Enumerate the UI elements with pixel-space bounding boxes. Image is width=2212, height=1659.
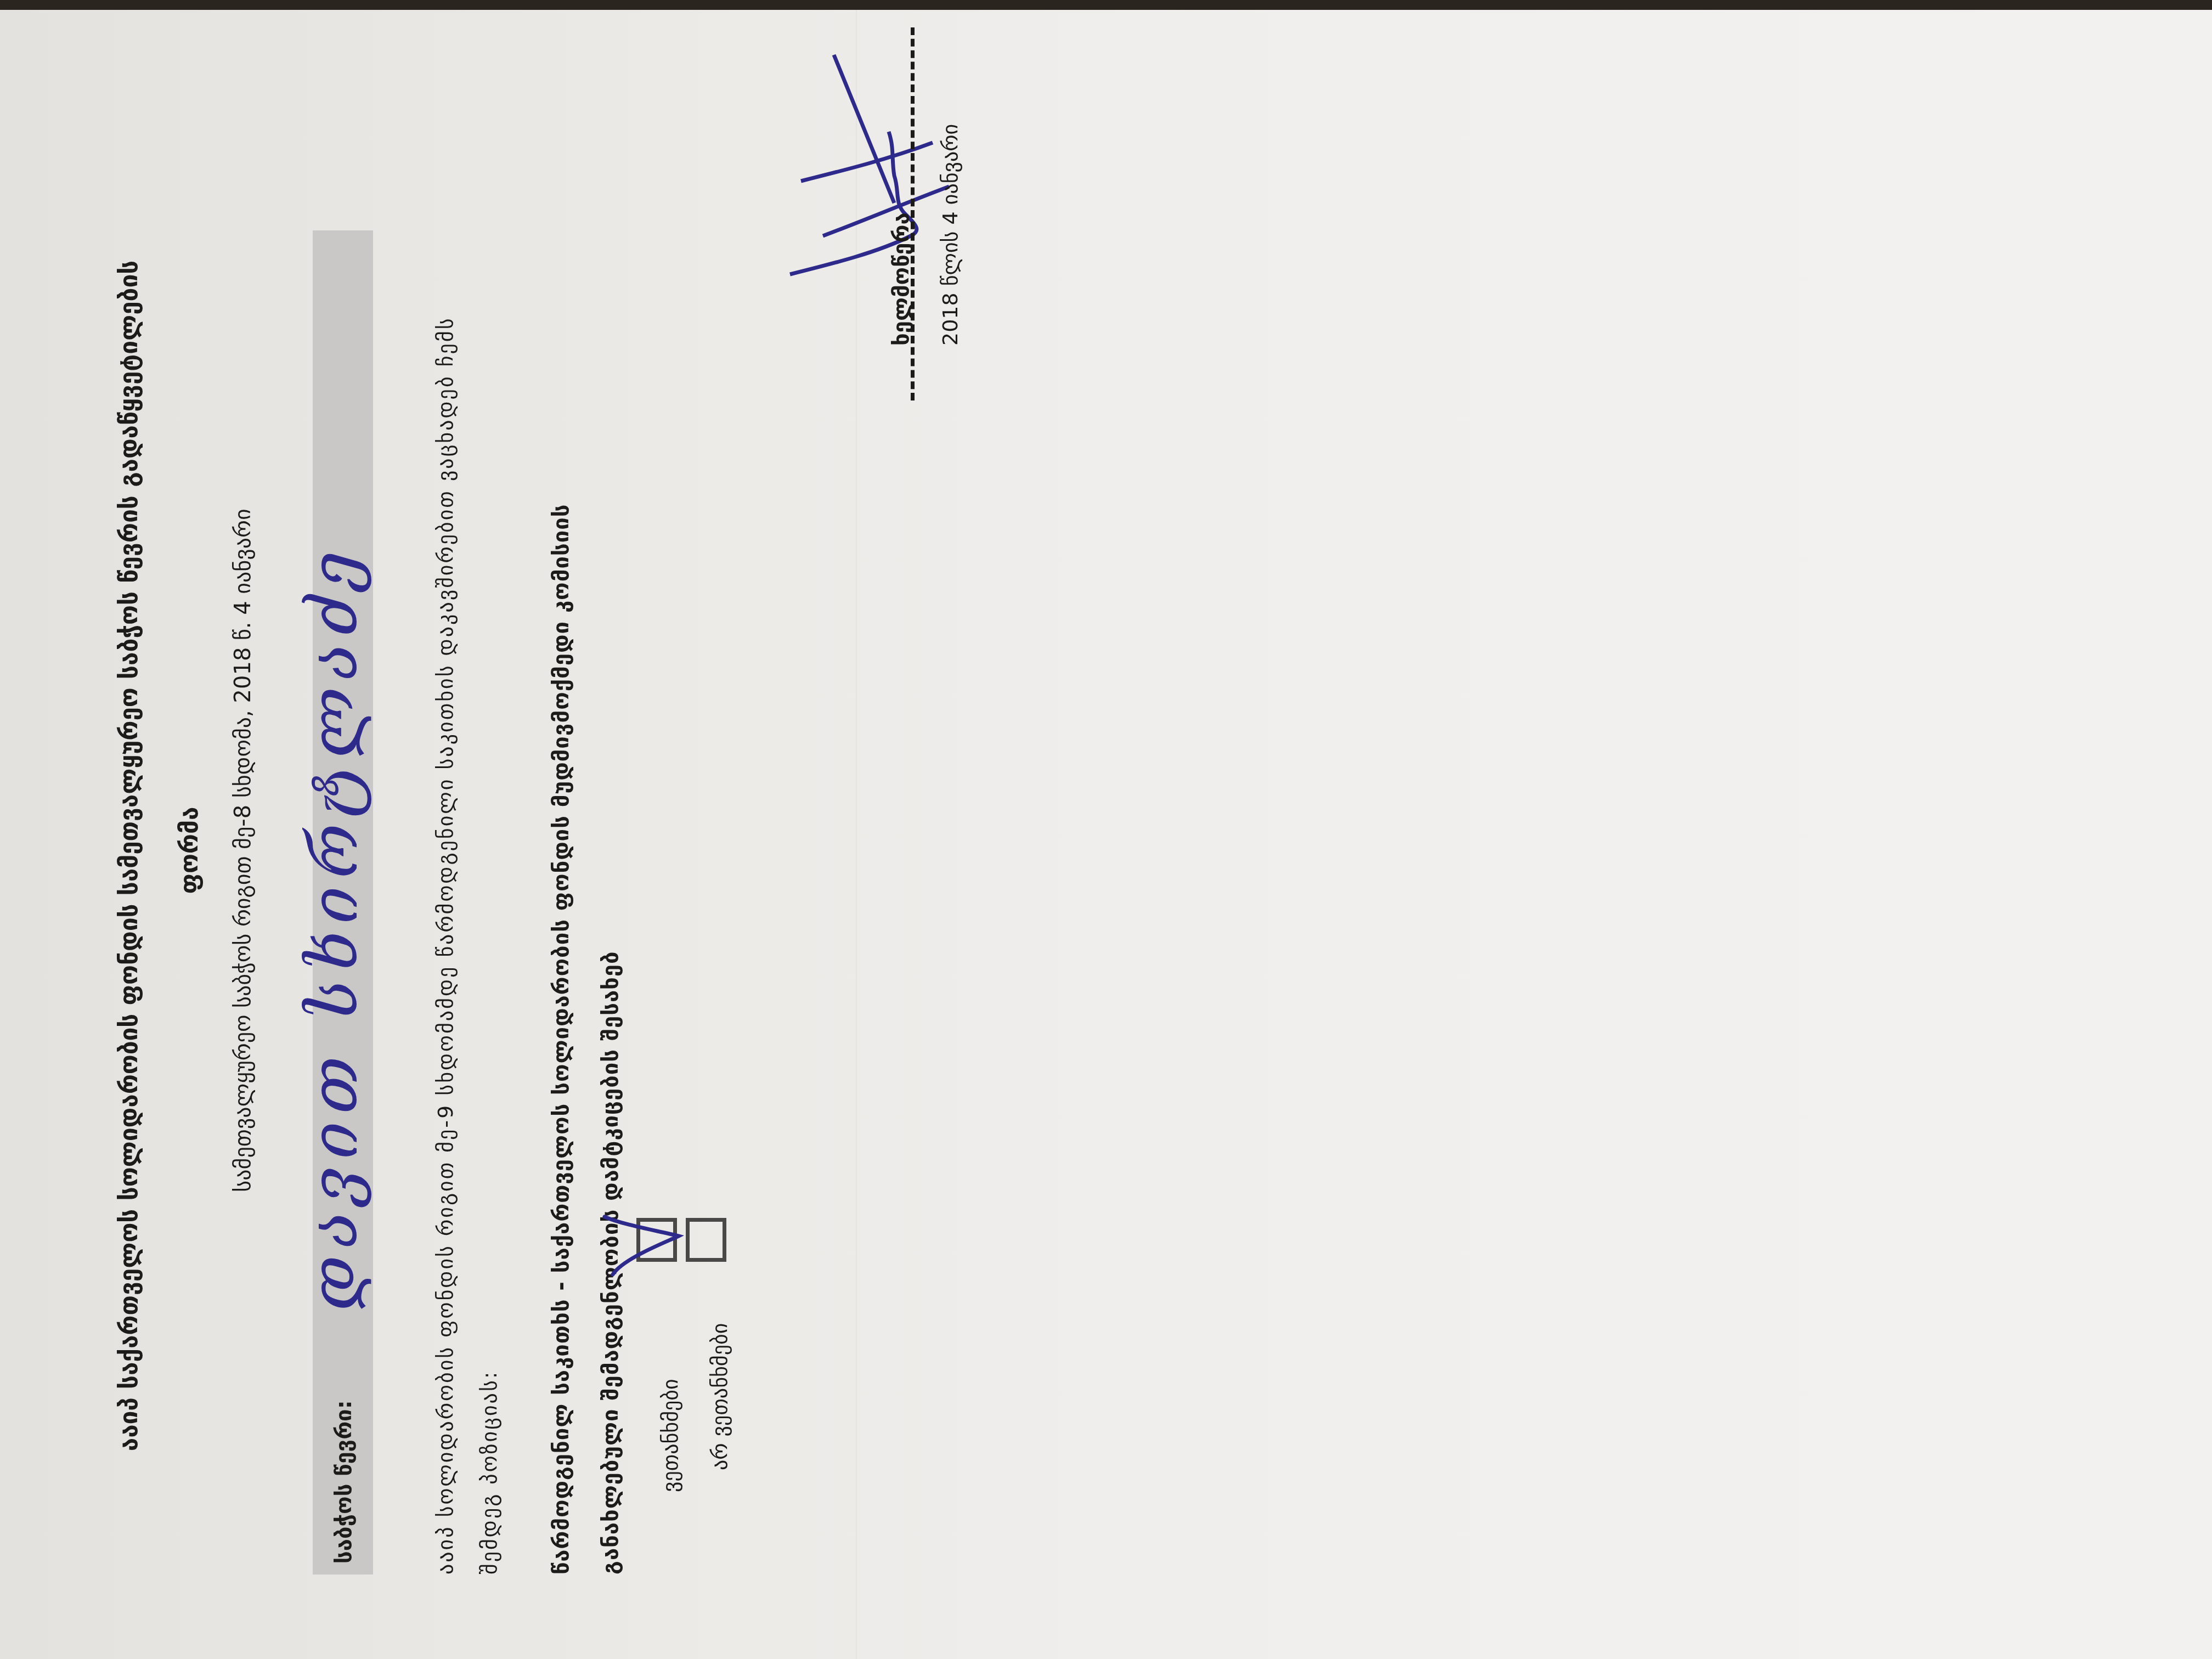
member-label: საბჭოს წევრი: [331,1400,357,1564]
option-agree-label: ვეთანხმები [658,1379,682,1492]
signature-icon [768,0,998,340]
member-field: საბჭოს წევრი: დავით სხირტლაძე [313,230,373,1575]
check-mark-icon [602,1214,684,1280]
option-disagree-label: არ ვეთანხმები [708,1323,732,1470]
meeting-info: სამეთვალყურეო საბჭოს რიგით მე-8 სხდომა, … [230,55,256,1646]
disagree-checkbox[interactable] [686,1218,726,1262]
agree-checkbox[interactable] [636,1218,677,1262]
document-title-form: ფორმა [176,55,204,1646]
document-page: ააიპ საქართველოს სოლიდარობის ფონდის სამე… [82,0,1234,1646]
body-line-1: ააიპ სოლიდარობის ფონდის რიგით მე-9 სხდომ… [433,317,458,1575]
signature-label: ხელმოწერა [889,212,914,346]
signature-date: 2018 წლის 4 იანვარი [938,124,962,346]
question-line-1: წარმოდგენილ საკითხს - საქართველოს სოლიდა… [549,504,574,1575]
document-title: ააიპ საქართველოს სოლიდარობის ფონდის სამე… [115,198,144,1514]
body-line-2: შემდეგ პოზიციას: [477,1370,501,1575]
member-name-handwritten: დავით სხირტლაძე [296,544,373,1311]
